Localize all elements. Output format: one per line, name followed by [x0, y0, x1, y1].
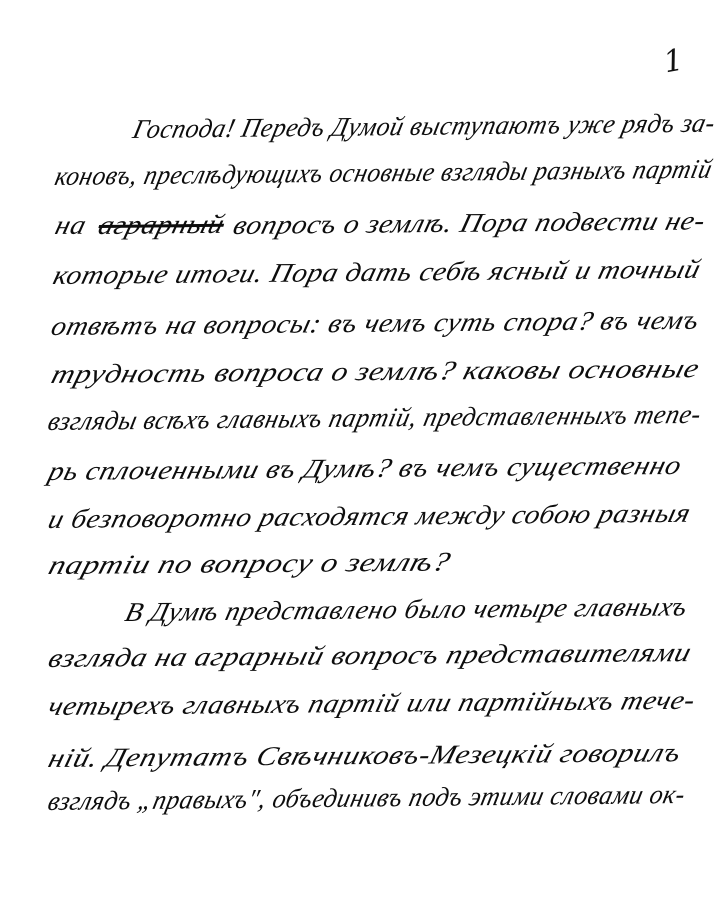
handwritten-line: взглядъ „правыхъ", объединивъ подъ этими… [45, 779, 689, 817]
handwritten-line: В Думѣ представлено было четыре главныхъ [122, 591, 691, 628]
handwritten-line: Господа! Передъ Думой выступаютъ уже ряд… [130, 108, 716, 145]
handwritten-line: взгляды всѣхъ главныхъ партій, представл… [45, 399, 705, 437]
handwritten-line: коновъ, преслѣдующихъ основные взгляды р… [52, 154, 715, 192]
page-number: 1 [661, 43, 686, 81]
handwritten-line: партіи по вопросу о землѣ? [45, 547, 454, 581]
handwritten-line: на [52, 210, 90, 241]
handwritten-line: и безповоротно расходятся между собою ра… [45, 498, 694, 535]
struck-through-word: аграрный [95, 209, 228, 241]
handwritten-line: взгляда на аграрный вопросъ представител… [45, 637, 695, 674]
handwritten-line: четырехъ главныхъ партій или партійныхъ … [45, 685, 699, 722]
handwritten-line: ній. Депутатъ Свѣчниковъ-Мезецкій говори… [45, 737, 685, 774]
manuscript-page: 1 Господа! Передъ Думой выступаютъ уже р… [0, 0, 716, 901]
handwritten-line: отвѣтъ на вопросы: въ чемъ суть спора? в… [48, 305, 703, 342]
handwritten-line: рь сплоченными въ Думѣ? въ чемъ существе… [45, 450, 685, 487]
handwritten-line: трудность вопроса о землѣ? каковы основн… [48, 353, 703, 390]
handwritten-line: которые итоги. Пора дать себѣ ясный и то… [50, 254, 704, 291]
handwritten-line: вопросъ о землѣ. Пора подвести не- [230, 205, 709, 241]
